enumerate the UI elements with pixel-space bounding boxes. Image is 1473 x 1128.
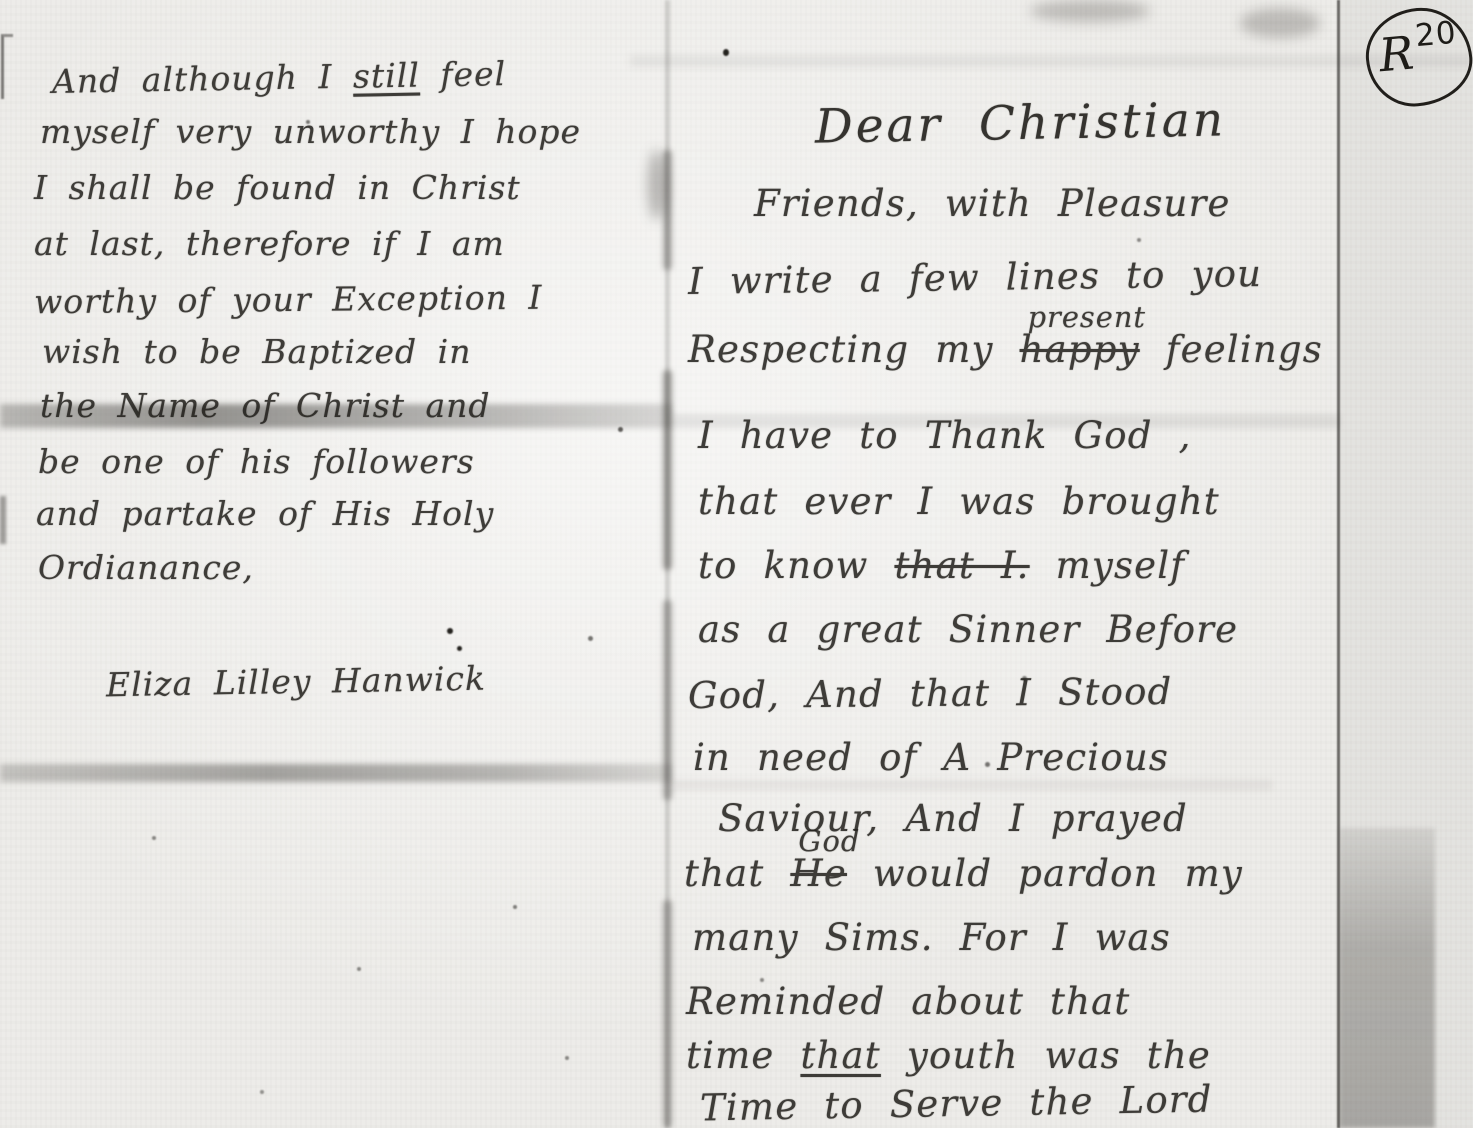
line-text: time [686,1034,800,1077]
inserted-word: present [1028,300,1146,334]
salutation: Dear Christian [815,92,1227,154]
right-page: Dear Christian Friends, with Pleasure I … [672,0,1473,1128]
line-text: feel [419,54,506,95]
letter-line: And although I still feel [52,54,507,101]
line-text: myself [1030,544,1186,587]
struck-word: that I. [894,544,1029,587]
letter-line: Ordianance, [38,548,254,587]
inserted-word: God [798,824,860,858]
letter-line: and partake of His Holy [36,494,494,533]
letter-line: myself very unworthy I hope [40,112,581,151]
correction: presenthappy [1020,328,1140,371]
letter-scan: And although I still feel myself very un… [0,0,1473,1128]
letter-line: in need of A Precious [693,736,1169,779]
archival-mark-number: 20 [1414,15,1458,54]
letter-line: Saviour, And I prayed [718,797,1188,840]
letter-line: to know that I. myself [698,544,1185,587]
line-text: And although I [52,57,354,101]
underlined-word: still [353,56,421,96]
letter-line: worthy of your Exception I [34,278,543,321]
struck-word: happy [1020,328,1140,371]
letter-line: be one of his followers [38,442,475,481]
archival-mark-letter: R [1377,26,1416,83]
letter-line: as a great Sinner Before [698,608,1238,651]
letter-line: many Sims. For I was [692,916,1171,959]
letter-line: at last, therefore if I am [34,224,505,263]
letter-line: wish to be Baptized in [42,332,471,371]
line-text: feelings [1140,328,1323,371]
letter-line: I write a few lines to you [688,252,1263,303]
letter-line: God, And that I Stood [688,670,1173,717]
letter-line: Time to Serve the Lord [700,1078,1213,1128]
underlined-word: that [800,1034,880,1077]
left-page: And although I still feel myself very un… [0,0,672,1128]
signature: Eliza Lilley Hanwick [106,659,487,705]
correction: GodHe [790,852,847,895]
line-text: youth was the [881,1034,1211,1077]
letter-line: the Name of Christ and [40,386,491,425]
line-text: that [684,852,790,895]
letter-line: that ever I was brought [698,480,1220,523]
line-text: would pardon my [847,852,1243,895]
letter-line: I shall be found in Christ [34,168,521,207]
line-text: Respecting my [688,328,1020,371]
letter-line: Reminded about that [686,980,1130,1023]
letter-line: time that youth was the [686,1034,1211,1077]
letter-line: Respecting my presenthappy feelings [688,328,1323,371]
letter-line: Friends, with Pleasure [754,182,1231,225]
struck-word: He [790,852,847,895]
letter-line: I have to Thank God , [698,414,1192,457]
letter-line: that GodHe would pardon my [684,852,1243,895]
line-text: to know [698,544,894,587]
